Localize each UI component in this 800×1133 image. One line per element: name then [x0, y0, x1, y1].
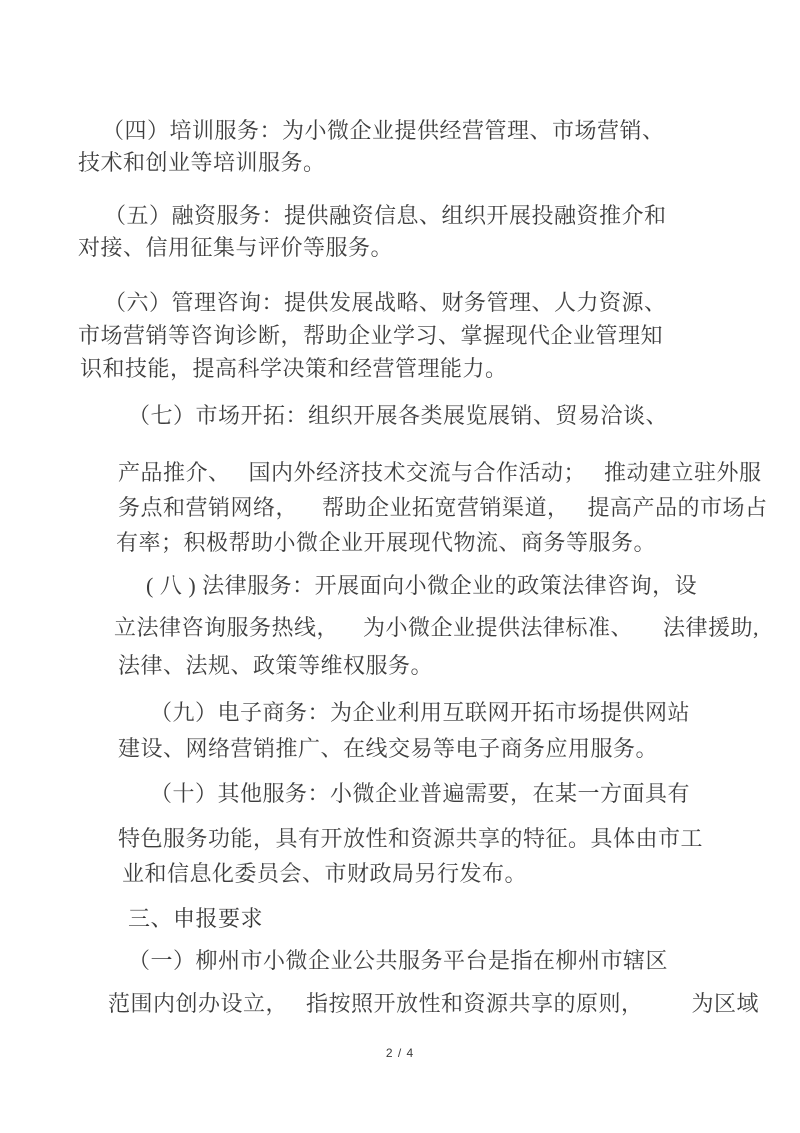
paragraph-item8-line3: 法律、法规、政策等维权服务。	[118, 653, 433, 679]
paragraph-item8-line2: 立法律咨询服务热线， 为小微企业提供法律标准、 法律援助,	[114, 615, 759, 641]
paragraph-item7-line3: 务点和营销网络， 帮助企业拓宽营销渠道， 提高产品的市场占	[118, 495, 768, 521]
paragraph-item8-line1: ( 八 ) 法律服务：开展面向小微企业的政策法律咨询，设	[146, 573, 697, 599]
paragraph-item4-line1: （四）培训服务：为小微企业提供经营管理、市场营销、	[102, 118, 665, 144]
page-number: 2 / 4	[0, 1046, 800, 1060]
paragraph-item10-line3: 业和信息化委员会、市财政局另行发布。	[122, 861, 527, 887]
paragraph-item7-line1: （七）市场开拓：组织开展各类展览展销、贸易洽谈、	[128, 403, 668, 429]
paragraph-item7-line2: 产品推介、 国内外经济技术交流与合作活动； 推动建立驻外服	[118, 460, 762, 486]
paragraph-item4-line2: 技术和创业等培训服务。	[78, 150, 326, 176]
paragraph-item6-line2: 市场营销等咨询诊断，帮助企业学习、掌握现代企业管理知	[78, 323, 663, 349]
paragraph-item7-line4: 有率；积极帮助小微企业开展现代物流、商务等服务。	[116, 530, 656, 556]
paragraph-item6-line1: （六）管理咨询：提供发展战略、财务管理、人力资源、	[104, 290, 667, 316]
paragraph-item5-line1: （五）融资服务：提供融资信息、组织开展投融资推介和	[104, 203, 667, 229]
paragraph-item10-line2: 特色服务功能，具有开放性和资源共享的特征。具体由市工	[118, 826, 703, 852]
document-page: （四）培训服务：为小微企业提供经营管理、市场营销、 技术和创业等培训服务。 （五…	[0, 0, 800, 1133]
paragraph-item1-line1: （一）柳州市小微企业公共服务平台是指在柳州市辖区	[128, 948, 668, 974]
paragraph-item1-line2: 范围内创办设立， 指按照开放性和资源共享的原则， 为区域	[108, 991, 759, 1017]
paragraph-item6-line3: 识和技能，提高科学决策和经营管理能力。	[80, 356, 508, 382]
paragraph-item9-line1: （九）电子商务：为企业利用互联网开拓市场提供网站	[150, 700, 690, 726]
paragraph-item10-line1: （十）其他服务：小微企业普遍需要，在某一方面具有	[150, 781, 690, 807]
paragraph-item5-line2: 对接、信用征集与评价等服务。	[78, 235, 393, 261]
section-heading-requirements: 三、申报要求	[128, 906, 263, 932]
paragraph-item9-line2: 建设、网络营销推广、在线交易等电子商务应用服务。	[118, 736, 658, 762]
